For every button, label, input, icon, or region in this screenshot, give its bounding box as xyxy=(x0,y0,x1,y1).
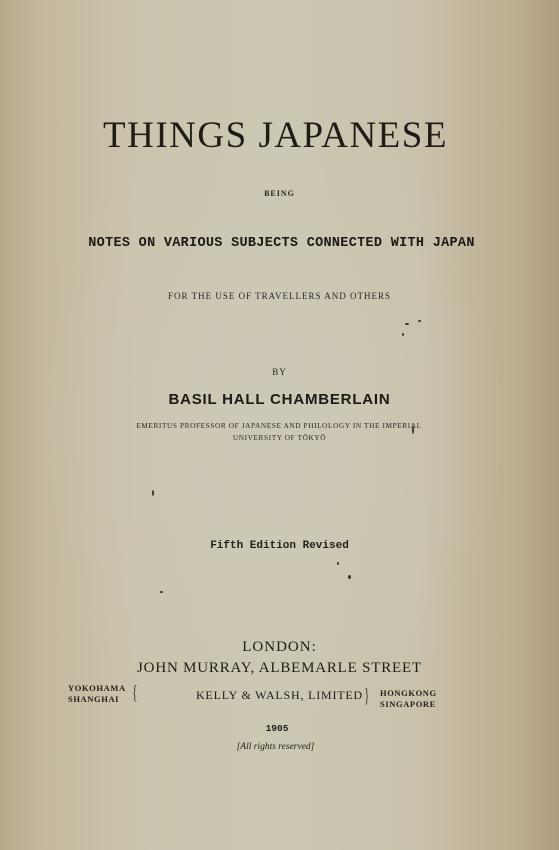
paper-speck xyxy=(412,426,414,434)
title-page: THINGS JAPANESE BEING NOTES ON VARIOUS S… xyxy=(0,0,559,850)
publication-year: 1905 xyxy=(0,723,559,734)
being-label: BEING xyxy=(0,189,559,198)
paper-speck xyxy=(418,320,421,322)
book-title: THINGS JAPANESE xyxy=(0,114,559,157)
book-subtitle: NOTES ON VARIOUS SUBJECTS CONNECTED WITH… xyxy=(4,236,559,251)
edition-label: Fifth Edition Revised xyxy=(0,540,559,552)
paper-speck xyxy=(348,575,351,579)
agents-right: HONGKONG SINGAPORE xyxy=(380,688,437,710)
paper-speck xyxy=(402,333,404,336)
author-credential-line-1: EMERITUS PROFESSOR OF JAPANESE AND PHILO… xyxy=(0,421,559,430)
agent-city: HONGKONG xyxy=(380,688,437,699)
agent-city: SINGAPORE xyxy=(380,699,437,710)
author-credential-line-2: UNIVERSITY OF TŌKYŌ xyxy=(0,433,559,442)
paper-speck xyxy=(325,545,327,547)
imprint-agent: KELLY & WALSH, LIMITED xyxy=(0,688,559,703)
imprint-city: LONDON: xyxy=(0,639,559,656)
brace-right-icon: } xyxy=(364,685,369,708)
paper-speck xyxy=(405,323,409,325)
paper-speck xyxy=(152,490,154,496)
imprint-publisher: JOHN MURRAY, ALBEMARLE STREET xyxy=(0,660,559,677)
author-name: BASIL HALL CHAMBERLAIN xyxy=(0,391,559,408)
rights-notice: [All rights reserved] xyxy=(0,742,559,752)
paper-speck xyxy=(337,562,339,565)
by-label: BY xyxy=(0,367,559,377)
paper-speck xyxy=(160,591,163,593)
book-purpose: FOR THE USE OF TRAVELLERS AND OTHERS xyxy=(0,291,559,301)
